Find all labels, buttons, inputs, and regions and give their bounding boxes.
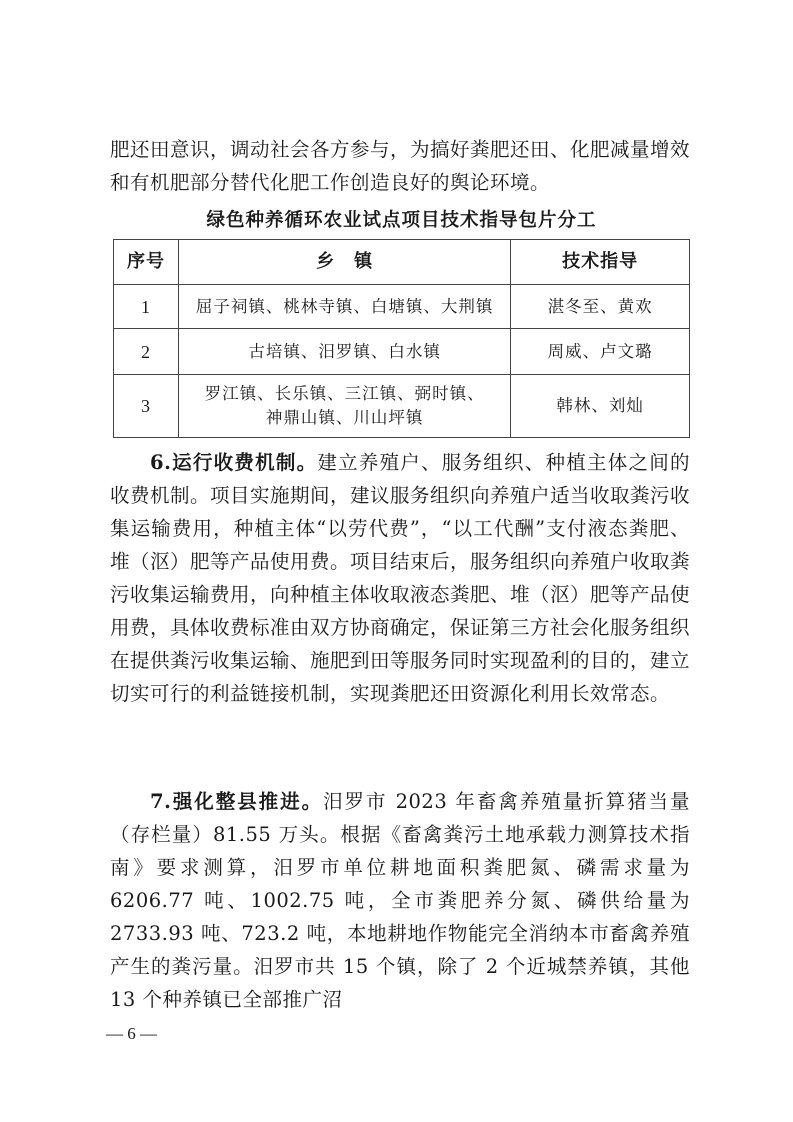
row-towns-line1: 罗江镇、长乐镇、三江镇、弼时镇、 [185, 382, 504, 406]
row-number: 1 [114, 285, 179, 329]
header-towns: 乡 镇 [178, 240, 510, 285]
row-guides: 周威、卢文璐 [511, 329, 690, 375]
table-row: 1 屈子祠镇、桃林寺镇、白塘镇、大荆镇 湛冬至、黄欢 [114, 285, 690, 329]
row-guides: 湛冬至、黄欢 [511, 285, 690, 329]
header-guides: 技术指导 [511, 240, 690, 285]
table-title: 绿色种养循环农业试点项目技术指导包片分工 [110, 206, 693, 232]
table-row: 2 古培镇、汨罗镇、白水镇 周威、卢文璐 [114, 329, 690, 375]
section-7-body: 汨罗市 2023 年畜禽养殖量折算猪当量（存栏量）81.55 万头。根据《畜禽粪… [110, 790, 690, 1011]
row-number: 2 [114, 329, 179, 375]
table-row: 3 罗江镇、长乐镇、三江镇、弼时镇、 神鼎山镇、川山坪镇 韩林、刘灿 [114, 375, 690, 438]
section-6-heading: 6.运行收费机制。 [150, 451, 317, 474]
header-number: 序号 [114, 240, 179, 285]
row-towns: 罗江镇、长乐镇、三江镇、弼时镇、 神鼎山镇、川山坪镇 [178, 375, 510, 438]
section-7-paragraph: 7.强化整县推进。汨罗市 2023 年畜禽养殖量折算猪当量（存栏量）81.55 … [110, 785, 690, 1016]
row-towns-line2: 神鼎山镇、川山坪镇 [185, 406, 504, 430]
row-number: 3 [114, 375, 179, 438]
row-towns: 古培镇、汨罗镇、白水镇 [178, 329, 510, 375]
table-header-row: 序号 乡 镇 技术指导 [114, 240, 690, 285]
page-number: — 6 — [106, 1024, 157, 1044]
section-7-heading: 7.强化整县推进。 [150, 790, 323, 813]
row-towns: 屈子祠镇、桃林寺镇、白塘镇、大荆镇 [178, 285, 510, 329]
assignment-table: 序号 乡 镇 技术指导 1 屈子祠镇、桃林寺镇、白塘镇、大荆镇 湛冬至、黄欢 2… [113, 239, 690, 438]
intro-paragraph: 肥还田意识，调动社会各方参与，为搞好粪肥还田、化肥减量增效和有机肥部分替代化肥工… [110, 133, 690, 199]
section-6-paragraph: 6.运行收费机制。建立养殖户、服务组织、种植主体之间的收费机制。项目实施期间，建… [110, 446, 690, 710]
section-6-body: 建立养殖户、服务组织、种植主体之间的收费机制。项目实施期间，建议服务组织向养殖户… [110, 451, 690, 705]
row-guides: 韩林、刘灿 [511, 375, 690, 438]
